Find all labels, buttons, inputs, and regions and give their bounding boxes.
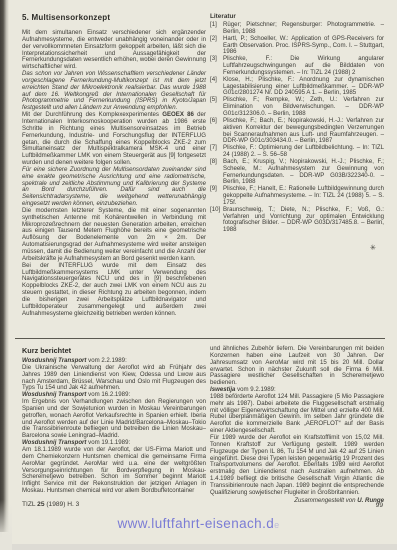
reference-text: Braunschweig, T.; Diete, N.; Plischke, F… [223,207,384,234]
news-entry-body: Am 18.1.1989 wurde von der Aeroflot, der… [22,447,206,495]
news-entry-body: 1988 beförderte Aeroflot 124 Mill. Passa… [210,394,384,435]
news-entry-body: Die Ukrainische Verwaltung der Aeroflot … [22,365,206,392]
reference-item: [9]Plischke, F.; Hanelt, E.: Rationelle … [210,186,384,207]
reference-text: Plischke, F.; Bach, E.; Nopirakowski, H.… [223,118,384,145]
scanned-journal-page: 5. Multisensorkonzept Mit dem simultanen… [0,0,397,550]
compiled-by-credit: Zusammengestellt von U. Runge [210,498,384,505]
reference-number: [10] [210,207,223,234]
kurz-heading: Kurz berichtet [22,346,206,355]
paragraph-text: der Internationalen Interkosmoskooperati… [22,111,206,166]
reference-text: Klose, H.; Plischke, F.: Anordnung zur d… [223,77,384,98]
reference-number: [6] [210,118,223,145]
news-entry-body: Im Ergebnis von Verhandlungen zwischen d… [22,399,206,440]
section-end-asterisk: ✳ [210,243,384,252]
news-date: vom 9.2.1989: [235,386,275,393]
reference-item: [5]Plischke, F.; Rempke, W.; Zeth, U.: V… [210,97,384,118]
reference-text: Plischke, F.; Hanelt, E.: Rationelle Luf… [223,186,384,207]
news-entry-continuation: und ähnliches Zubehör liefern. Die Verei… [210,346,384,387]
kurz-right-column: und ähnliches Zubehör liefern. Die Verei… [210,346,384,504]
reference-item: [8]Bach, E.; Kruspig, V.; Nopirakowski, … [210,159,384,186]
reference-number: [3] [210,56,223,77]
reference-number: [8] [210,159,223,186]
reference-text: Hartl, P.; Schoeller, W.: Application of… [223,36,384,57]
reference-item: [3]Plischke, F.: Die Wirkung angularer L… [210,56,384,77]
journal-title: TIZL [22,501,37,508]
literature-heading: Literatur [210,13,384,20]
article-section: 5. Multisensorkonzept Mit dem simultanen… [22,13,384,317]
watermark-text: www.luftfahrt-eisenach.d [117,516,274,531]
article-column: 5. Multisensorkonzept Mit dem simultanen… [22,13,206,317]
reference-item: [2]Hartl, P.; Schoeller, W.: Application… [210,36,384,57]
kurz-berichtet-section: Kurz berichtet Wosdushnij Transport vom … [22,346,384,504]
article-paragraph-italic: Das schon vor Jahren von Wissenschaftler… [22,71,206,112]
page-content: 5. Multisensorkonzept Mit dem simultanen… [0,0,397,550]
reference-item: [4]Klose, H.; Plischke, F.: Anordnung zu… [210,77,384,98]
page-number: 99 [376,502,383,509]
reference-number: [5] [210,97,223,118]
reference-text: Plischke, F.; Rempke, W.; Zeth, U.: Verf… [223,97,384,118]
reference-number: [2] [210,36,223,57]
reference-item: [7]Plischke, F.: Optimierung der Luftbil… [210,145,384,159]
journal-issue: (1989) H. 3 [45,501,80,508]
section-divider-rule [15,338,385,339]
article-paragraph: Mit dem simultanen Einsatz verschiedener… [22,30,206,71]
section-heading: 5. Multisensorkonzept [22,13,206,22]
article-paragraph-italic: Für eine sichere Zuordnung der Multisens… [22,167,206,208]
kurz-left-column: Kurz berichtet Wosdushnij Transport vom … [22,346,206,504]
article-paragraph: Bei der INTERFLUG wurde mit dem Einsatz … [22,263,206,318]
journal-footer-id: TIZL 25 (1989) H. 3 [22,501,79,508]
news-final-paragraph: Für 1989 wurde der Aeroflot ein Kraftsto… [210,435,384,497]
reference-text: Rüger; Pietschner; Regensburger: Photogr… [223,22,384,36]
reference-item: [10]Braunschweig, T.; Diete, N.; Plischk… [210,207,384,234]
watermark-url: www.luftfahrt-eisenach.de [0,516,397,531]
watermark-partial-char: e [274,520,279,530]
reference-number: [9] [210,186,223,207]
news-date: vom 2.2.1989: [86,357,126,364]
article-paragraph: Mit der Durchführung des Komplexexperime… [22,112,206,167]
reference-number: [1] [210,22,223,36]
journal-volume: 25 [37,501,44,508]
reference-number: [7] [210,145,223,159]
reference-text: Plischke, F.: Optimierung der Luftbildbe… [223,145,384,159]
reference-text: Plischke, F.: Die Wirkung angularer Luft… [223,56,384,77]
credit-text: Zusammengestellt von [294,497,357,504]
reference-text: Bach, E.; Kruspig, V.; Nopirakowski, H.-… [223,159,384,186]
reference-number: [4] [210,77,223,98]
news-source-name: Wosdushnij Transport [22,357,86,364]
news-source-name: Iswestija [210,386,235,393]
reference-item: [1]Rüger; Pietschner; Regensburger: Phot… [210,22,384,36]
literature-column: Literatur [1]Rüger; Pietschner; Regensbu… [210,13,384,317]
article-paragraph: Die modernsten letzterer Systeme, die mi… [22,208,206,263]
reference-item: [6]Plischke, F.; Bach, E.; Nopirakowski,… [210,118,384,145]
